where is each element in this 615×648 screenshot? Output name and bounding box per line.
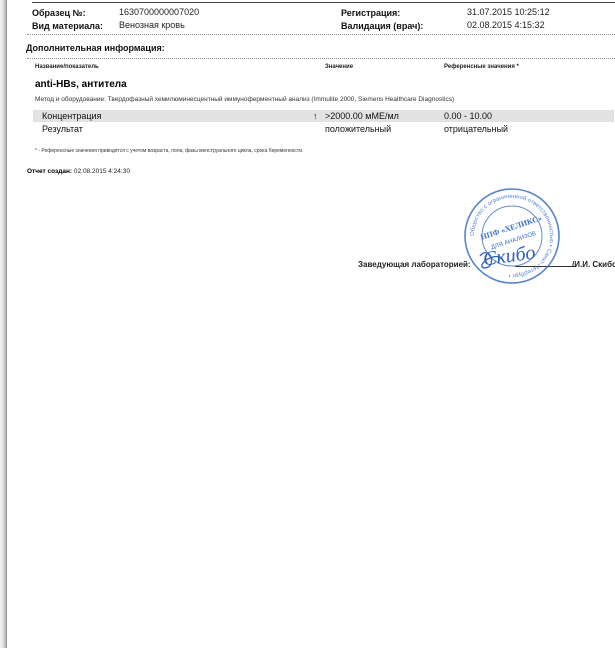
test-method: Метод и оборудование: Твердофазный хемил… bbox=[35, 96, 454, 103]
report-created: Отчет создан: 02.08.2015 4:24:30 bbox=[27, 168, 130, 175]
registration-value: 31.07.2015 10:25:12 bbox=[467, 7, 550, 17]
validation-label: Валидация (врач): bbox=[341, 21, 423, 31]
column-header-value: Значение bbox=[325, 64, 353, 70]
header-rule bbox=[32, 2, 615, 3]
row-reference: отрицательный bbox=[444, 124, 508, 134]
sample-number-label: Образец №: bbox=[32, 8, 86, 18]
report-created-label: Отчет создан: bbox=[27, 168, 72, 175]
dotted-divider bbox=[27, 34, 615, 35]
row-value: положительный bbox=[325, 124, 391, 134]
page-edge-shadow bbox=[0, 0, 7, 648]
material-label: Вид материала: bbox=[32, 21, 103, 31]
row-reference: 0.00 - 10.00 bbox=[444, 111, 492, 121]
registration-label: Регистрация: bbox=[341, 8, 400, 18]
lab-report-page: Образец №: 1630700000007020 Вид материал… bbox=[7, 0, 615, 648]
lab-stamp-icon: Общество с ограниченной ответственностью… bbox=[462, 186, 562, 286]
row-parameter: Концентрация bbox=[42, 111, 101, 121]
report-created-value: 02.08.2015 4:24:30 bbox=[74, 168, 130, 175]
column-header-reference: Референсные значения * bbox=[444, 64, 519, 70]
row-value: >2000.00 мМЕ/мл bbox=[325, 111, 399, 121]
reference-footnote: * - Референсные значения приводятся с уч… bbox=[35, 148, 303, 154]
validation-value: 02.08.2015 4:15:32 bbox=[467, 20, 545, 30]
lab-head-label: Заведующая лабораторией: bbox=[358, 260, 471, 269]
increase-arrow-icon: ↑ bbox=[313, 111, 318, 121]
material-value: Венозная кровь bbox=[119, 20, 185, 30]
row-parameter: Результат bbox=[42, 124, 83, 134]
highlighted-row-background bbox=[33, 110, 614, 122]
test-name: anti-HBs, антитела bbox=[35, 79, 127, 90]
lab-head-name: /И.И. Скибо/ bbox=[572, 260, 615, 269]
column-header-name: Название/показатель bbox=[35, 64, 99, 70]
dotted-divider bbox=[27, 58, 615, 59]
sample-number-value: 1630700000007020 bbox=[119, 7, 199, 17]
additional-info-title: Дополнительная информация: bbox=[26, 43, 165, 53]
